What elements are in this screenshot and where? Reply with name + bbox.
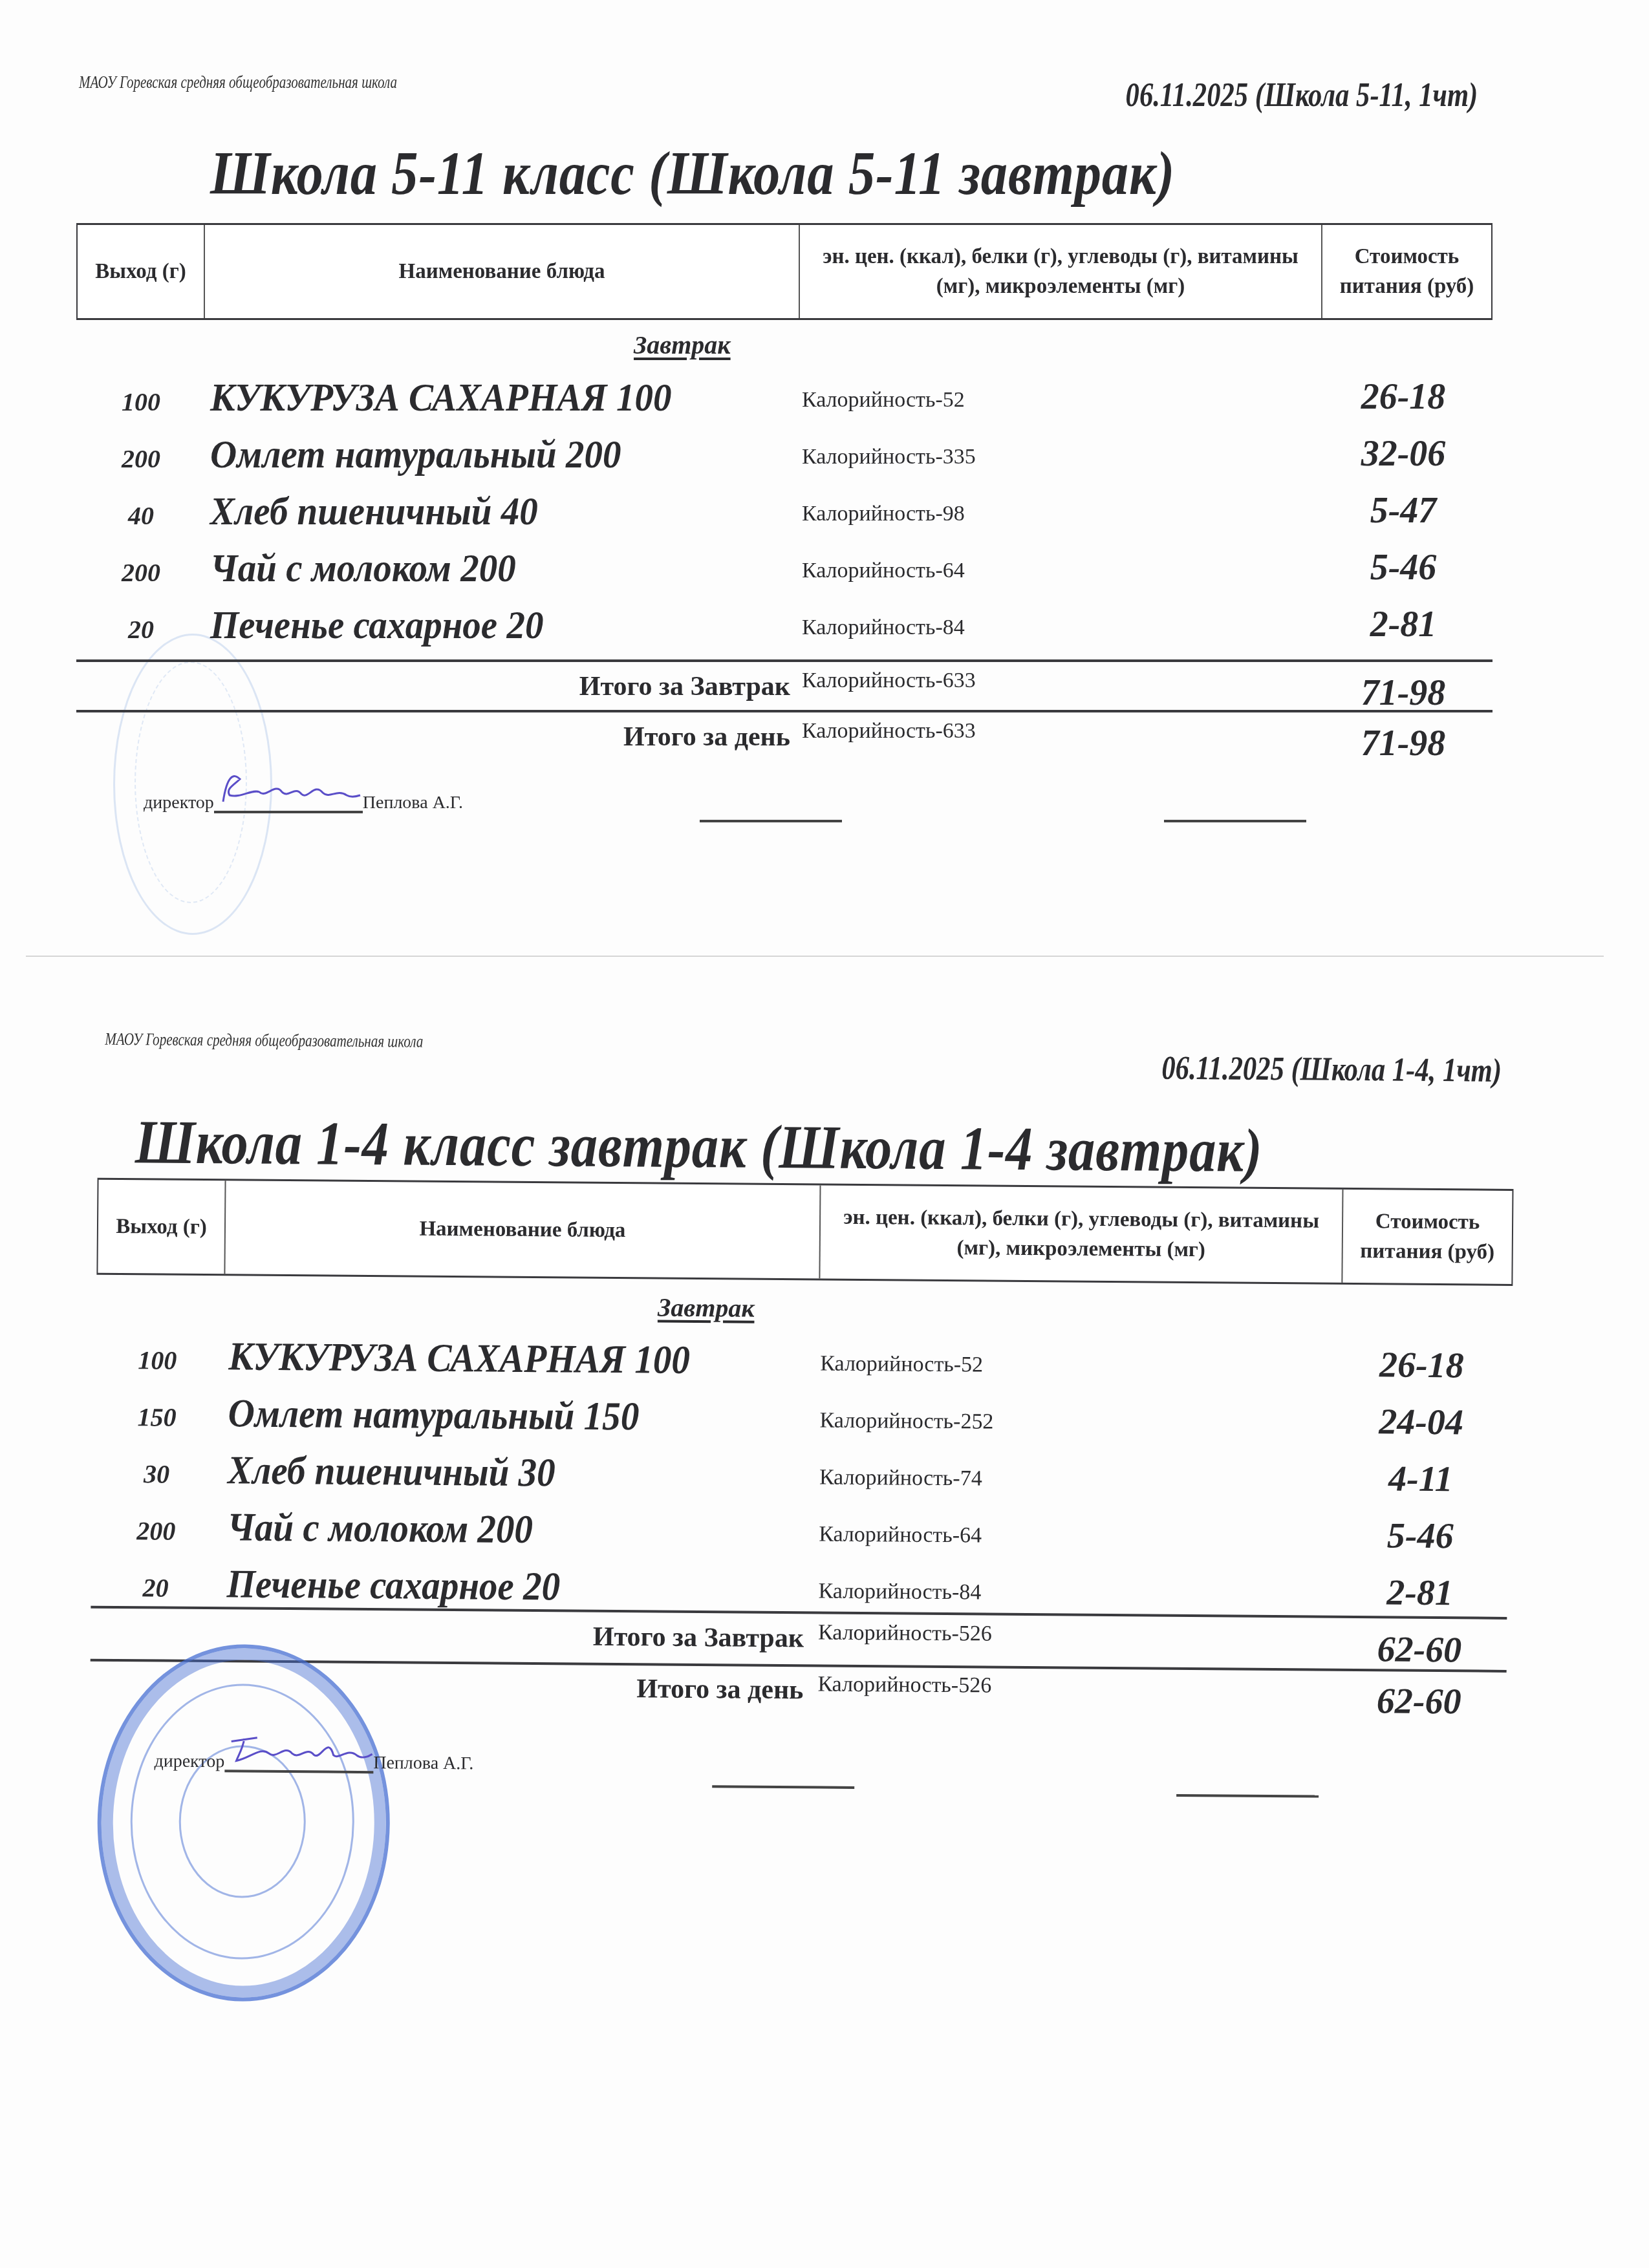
table-row: 40Хлеб пшеничный 40Калорийность-985-47 <box>0 489 1423 546</box>
row-price: 26-18 <box>1332 376 1474 418</box>
total-label: Итого за день <box>636 1673 803 1706</box>
row-dish: Хлеб пшеничный 40 <box>210 489 538 535</box>
row-dish: Омлет натуральный 150 <box>228 1391 639 1440</box>
row-yield: 40 <box>89 500 193 531</box>
row-yield: 200 <box>104 1515 208 1546</box>
row-calories: Калорийность-74 <box>819 1466 982 1492</box>
blank-line <box>1164 820 1306 822</box>
row-dish: Чай с молоком 200 <box>227 1504 533 1553</box>
col-yield: Выход (г) <box>98 1180 226 1274</box>
director-signature: директорПеплова А.Г. <box>154 1747 473 1774</box>
total-calories: Калорийность-633 <box>802 719 976 744</box>
col-cost: Стоимость питания (руб) <box>1322 225 1491 318</box>
director-signature: директорПеплова А.Г. <box>144 789 463 813</box>
row-yield: 100 <box>89 387 193 417</box>
menu-date: 06.11.2025 (Школа 5-11, 1чт) <box>1125 76 1478 114</box>
row-calories: Калорийность-52 <box>820 1352 983 1378</box>
page-divider <box>26 956 1604 957</box>
total-calories: Калорийность-526 <box>818 1621 992 1647</box>
table-row: 150Омлет натуральный 150Калорийность-252… <box>0 1389 1421 1457</box>
row-dish: Хлеб пшеничный 30 <box>228 1448 555 1496</box>
row-calories: Калорийность-335 <box>802 445 976 469</box>
signature-name: Пеплова А.Г. <box>373 1753 473 1773</box>
row-calories: Калорийность-64 <box>802 559 965 583</box>
row-calories: Калорийность-52 <box>802 388 965 412</box>
total-price: 71-98 <box>1332 723 1474 764</box>
row-price: 2-81 <box>1348 1572 1491 1614</box>
section-label-breakfast: Завтрак <box>634 330 731 360</box>
table-header: Выход (г) Наименование блюда эн. цен. (к… <box>96 1178 1513 1286</box>
org-name: МАОУ Горевская средняя общеобразовательн… <box>79 72 397 92</box>
total-label: Итого за день <box>623 722 790 753</box>
total-day-row: Итого за деньКалорийность-52662-60 <box>0 1664 1419 1726</box>
table-row: 30Хлеб пшеничный 30Калорийность-744-11 <box>0 1446 1421 1514</box>
blank-line <box>712 1785 854 1789</box>
row-dish: Печенье сахарное 20 <box>226 1561 560 1610</box>
row-price: 26-18 <box>1350 1344 1493 1387</box>
row-yield: 20 <box>89 614 193 645</box>
col-dish: Наименование блюда <box>225 1181 821 1278</box>
table-row: 200Омлет натуральный 200Калорийность-335… <box>0 432 1423 489</box>
row-calories: Калорийность-84 <box>818 1579 981 1605</box>
total-price: 62-60 <box>1348 1629 1491 1671</box>
menu-sheet-grades-1-4: МАОУ Горевская средняя общеобразовательн… <box>2 964 1649 977</box>
row-calories: Калорийность-252 <box>820 1409 994 1435</box>
row-calories: Калорийность-98 <box>802 502 965 526</box>
section-label-breakfast: Завтрак <box>658 1292 755 1323</box>
row-yield: 30 <box>105 1459 208 1490</box>
totals-divider <box>76 659 1493 662</box>
row-yield: 200 <box>89 444 193 474</box>
signature-line <box>214 789 363 813</box>
signature-role: директор <box>144 793 214 813</box>
total-price: 62-60 <box>1348 1680 1490 1723</box>
table-row: 200Чай с молоком 200Калорийность-645-46 <box>0 1503 1421 1571</box>
total-label: Итого за Завтрак <box>579 671 790 702</box>
row-yield: 100 <box>105 1345 209 1376</box>
org-name: МАОУ Горевская средняя общеобразовательн… <box>105 1029 423 1052</box>
row-calories: Калорийность-84 <box>802 615 965 640</box>
row-price: 32-06 <box>1332 433 1474 475</box>
signature-role: директор <box>154 1751 224 1771</box>
table-header: Выход (г) Наименование блюда эн. цен. (к… <box>76 223 1493 320</box>
row-yield: 150 <box>105 1402 208 1433</box>
row-dish: КУКУРУЗА САХАРНАЯ 100 <box>210 375 671 421</box>
total-price: 71-98 <box>1332 672 1474 714</box>
table-row: 20Печенье сахарное 20Калорийность-842-81 <box>0 603 1423 659</box>
row-price: 5-46 <box>1332 547 1474 588</box>
row-yield: 20 <box>103 1572 207 1603</box>
total-calories: Калорийность-633 <box>802 669 976 693</box>
row-dish: Чай с молоком 200 <box>210 546 516 592</box>
row-calories: Калорийность-64 <box>819 1523 982 1548</box>
table-row: 100КУКУРУЗА САХАРНАЯ 100Калорийность-522… <box>0 375 1423 432</box>
menu-date: 06.11.2025 (Школа 1-4, 1чт) <box>1161 1049 1502 1090</box>
total-breakfast-row: Итого за ЗавтракКалорийность-63371-98 <box>0 666 1423 718</box>
col-cost: Стоимость питания (руб) <box>1342 1190 1512 1284</box>
row-dish: Омлет натуральный 200 <box>210 432 621 478</box>
page-title: Школа 1-4 класс завтрак (Школа 1-4 завтр… <box>135 1106 1263 1186</box>
col-nutrition: эн. цен. (ккал), белки (г), углеводы (г)… <box>820 1186 1343 1283</box>
col-dish: Наименование блюда <box>205 225 800 318</box>
total-calories: Калорийность-526 <box>817 1673 991 1698</box>
col-nutrition: эн. цен. (ккал), белки (г), углеводы (г)… <box>800 225 1322 318</box>
row-price: 24-04 <box>1350 1401 1492 1444</box>
total-day-row: Итого за деньКалорийность-63371-98 <box>0 716 1423 768</box>
col-yield: Выход (г) <box>78 225 205 318</box>
row-dish: КУКУРУЗА САХАРНАЯ 100 <box>228 1334 690 1384</box>
blank-line <box>700 820 842 822</box>
row-price: 5-47 <box>1332 490 1474 531</box>
row-price: 4-11 <box>1350 1458 1492 1501</box>
total-label: Итого за Завтрак <box>593 1621 804 1654</box>
blank-line <box>1176 1794 1319 1798</box>
signature-name: Пеплова А.Г. <box>363 793 463 813</box>
row-price: 2-81 <box>1332 604 1474 645</box>
row-price: 5-46 <box>1349 1515 1491 1557</box>
row-dish: Печенье сахарное 20 <box>210 603 543 648</box>
table-row: 200Чай с молоком 200Калорийность-645-46 <box>0 546 1423 603</box>
page-title: Школа 5-11 класс (Школа 5-11 завтрак) <box>210 137 1175 209</box>
signature-line <box>224 1748 373 1773</box>
row-yield: 200 <box>89 557 193 588</box>
table-row: 100КУКУРУЗА САХАРНАЯ 100Калорийность-522… <box>0 1332 1422 1400</box>
